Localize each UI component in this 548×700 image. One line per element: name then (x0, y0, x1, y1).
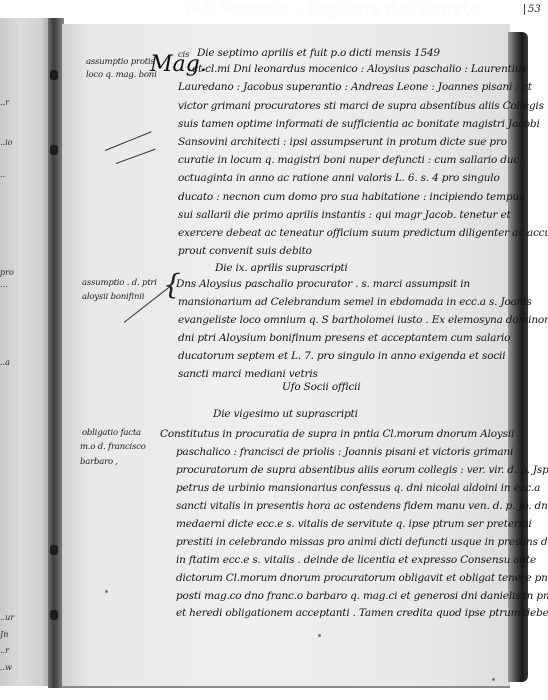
margin-note: aloysii bonifinii (82, 292, 144, 302)
prev-page-fragment: Jn (0, 630, 8, 639)
text-line: Sansovini architecti : ipsi assumpserunt… (178, 136, 507, 148)
binding-stitch (50, 145, 58, 155)
text-line: exercere debeat ac teneatur officium suu… (178, 227, 548, 239)
folio-number: 53 (524, 4, 541, 15)
text-line: ducatorum septem et L. 7. pro singulo in… (178, 350, 505, 362)
text-line: curatie in locum q. magistri boni nuper … (178, 154, 522, 166)
entry-heading: Die vigesimo ut suprascripti (213, 408, 358, 420)
binding-stitch (50, 70, 58, 80)
prev-page-fragment: ... (0, 280, 8, 289)
prev-page-fragment: pro (0, 268, 14, 277)
paper-speck (318, 634, 321, 637)
text-line: et heredi obligationem acceptanti . Tame… (176, 607, 548, 619)
text-line: dictorum Cl.morum dnorum procuratorum ob… (176, 572, 548, 584)
text-line: octuaginta in anno ac ratione anni valor… (178, 172, 500, 184)
margin-note: assumptio . d. ptri (82, 278, 157, 288)
text-line: procuratorum de supra absentibus aliis e… (176, 464, 548, 476)
margin-note: loco q. mag. boni (86, 70, 157, 80)
text-line: Dns Aloysius paschalio procurator . s. m… (176, 278, 470, 290)
text-line: medaerni dicte ecc.e s. vitalis de servi… (176, 518, 532, 530)
prev-page-fragment: ..r (0, 98, 9, 107)
text-line: evangeliste loco omnium q. S bartholomei… (178, 314, 548, 326)
margin-note: assumptio protis (86, 57, 155, 67)
text-line: prestiti in celebrando missas pro animi … (176, 536, 548, 548)
prev-page-fragment: ..r (0, 646, 9, 655)
prev-page-fragment: ..a (0, 358, 10, 367)
text-line: Constitutus in procuratia de supra in pn… (160, 428, 514, 440)
text-line: posti mag.co dno franc.o barbaro q. mag.… (176, 590, 548, 602)
text-line: suis tamen optime informati de sufficien… (178, 118, 540, 130)
prev-page-fragment: ..w (0, 663, 12, 672)
text-line: victor grimani procuratores sti marci de… (178, 100, 544, 112)
watermark: IRE Venezia - Regione del Veneto (185, 0, 481, 20)
text-line: sancti marci mediani vetris (178, 368, 318, 380)
margin-note: barbaro , (80, 457, 118, 467)
text-line: Die septimo aprilis et fuit p.o dicti me… (197, 47, 440, 59)
text-line: paschalico : francisci de priolis : Joan… (176, 446, 513, 458)
text-line: Lauredano : Jacobus superantio : Andreas… (178, 81, 532, 93)
text-line: ducato : necnon cum domo pro sua habitat… (178, 191, 524, 203)
initial-superscript: cis (178, 50, 189, 60)
text-line: sui sallarii die primo aprilis instantis… (178, 209, 511, 221)
text-line: in ftatim ecc.e s. vitalis . deinde de l… (176, 554, 536, 566)
text-line: mansionarium ad Celebrandum semel in ebd… (178, 296, 532, 308)
binding-stitch (50, 545, 58, 555)
text-line: prout convenit suis debito (178, 245, 312, 257)
prev-page-fragment: .. (0, 170, 5, 179)
previous-page-edge: ..r ..io .. pro ... ..a ..ur Jn ..r ..w (0, 18, 52, 686)
text-line: et cl.mi Dni leonardus mocenico : Aloysi… (192, 63, 527, 75)
entry-subheading: Ufo Socii officii (282, 381, 361, 393)
text-line: sancti vitalis in presentis hora ac oste… (176, 500, 548, 512)
margin-note: obligatio facta (82, 428, 141, 438)
prev-page-fragment: ..io (0, 138, 12, 147)
entry-heading: Die ix. aprilis suprascripti (215, 262, 348, 274)
paper-speck (105, 590, 108, 593)
text-line: petrus de urbinio mansionarius confessus… (176, 482, 540, 494)
text-line: dni ptri Aloysium bonifinum presens et a… (178, 332, 510, 344)
prev-page-fragment: ..ur (0, 613, 14, 622)
binding-stitch (50, 610, 58, 620)
margin-note: m.o d. francisco (80, 442, 146, 452)
paper-speck (492, 678, 495, 681)
